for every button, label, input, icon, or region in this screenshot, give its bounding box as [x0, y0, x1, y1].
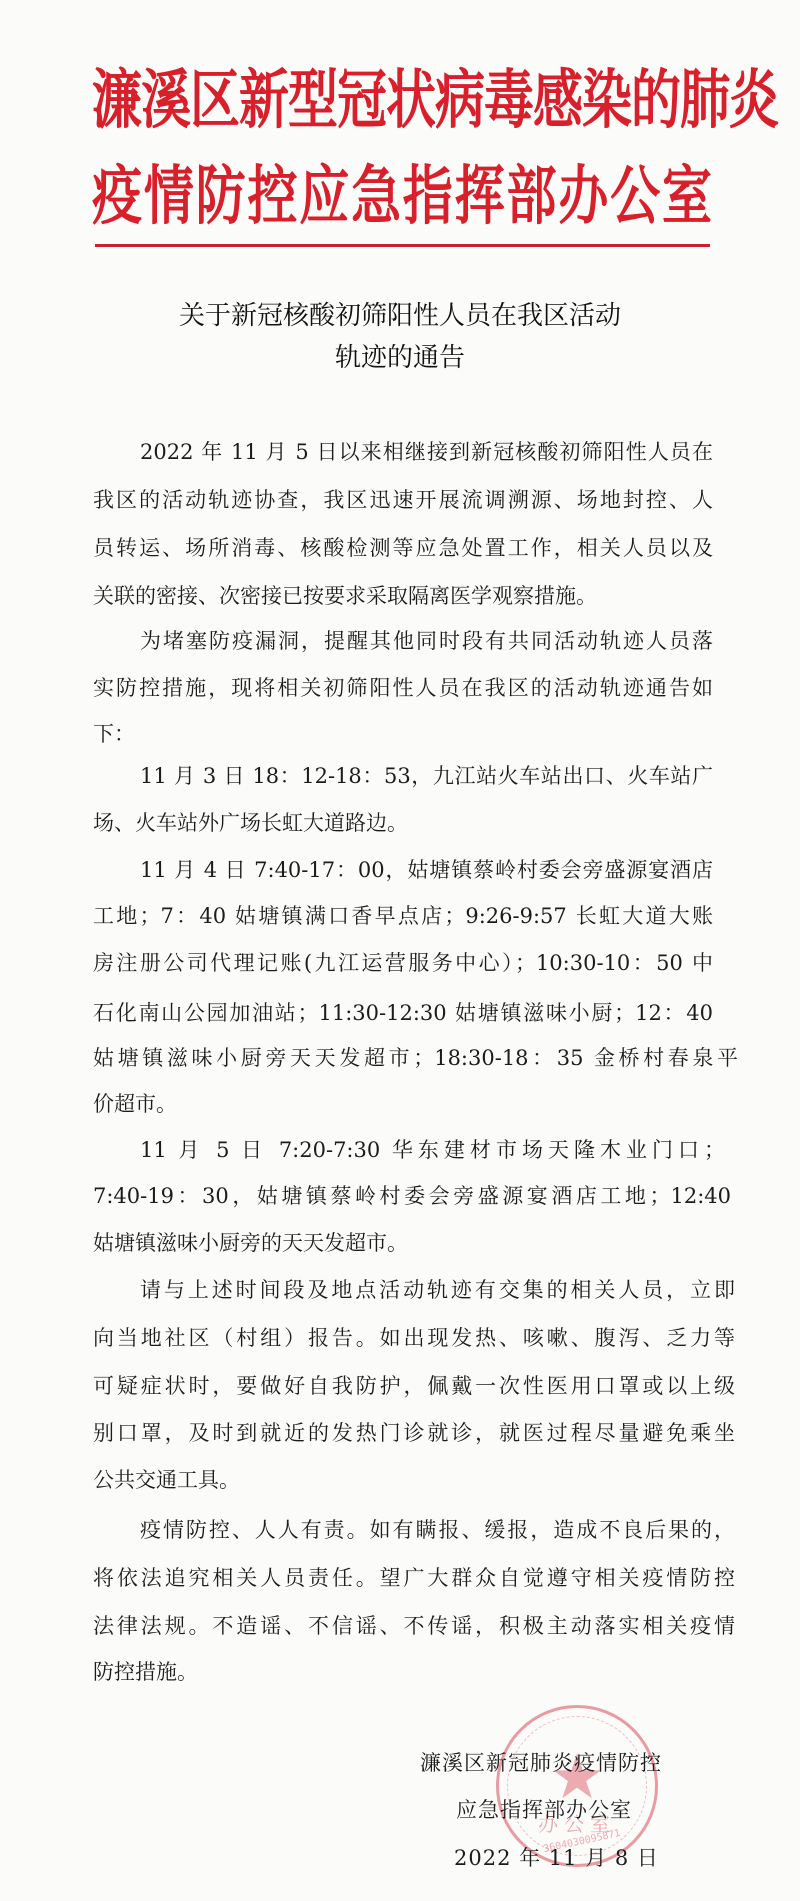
paragraph-4-line: 房注册公司代理记账(九江运营服务中心）；10:30-10：50 中 — [93, 948, 713, 978]
header-character: 型 — [288, 62, 337, 139]
paragraph-4-line: 石化南山公园加油站；11:30-12:30 姑塘镇滋味小厨；12：40 — [93, 998, 713, 1028]
signature-org-line-2: 应急指挥部办公室 — [456, 1795, 632, 1825]
header-character: 情 — [144, 158, 194, 235]
header-character: 办 — [558, 158, 608, 235]
header-character: 炎 — [729, 62, 778, 139]
paragraph-7-line: 将依法追究相关人员责任。望广大群众自觉遵守相关疫情防控 — [93, 1563, 735, 1593]
header-character: 感 — [533, 62, 582, 139]
paragraph-6-line: 可疑症状时，要做好自我防护，佩戴一次性医用口罩或以上级 — [93, 1371, 735, 1401]
header-character: 挥 — [455, 158, 505, 235]
issuer-header-line-2: 疫情防控应急指挥部办公室 — [92, 158, 712, 235]
header-character: 状 — [386, 62, 435, 139]
header-character: 肺 — [680, 62, 729, 139]
paragraph-7-line: 疫情防控、人人有责。如有瞒报、缓报，造成不良后果的， — [140, 1515, 735, 1545]
paragraph-1-line: 员转运、场所消毒、核酸检测等应急处置工作，相关人员以及 — [93, 533, 713, 563]
paragraph-7-line: 防控措施。 — [93, 1657, 713, 1687]
header-character: 的 — [631, 62, 680, 139]
paragraph-5-line: 姑塘镇滋味小厨旁的天天发超市。 — [93, 1228, 713, 1258]
signature-org-line-1: 濂溪区新冠肺炎疫情防控 — [420, 1748, 662, 1778]
paragraph-4-line: 价超市。 — [93, 1089, 713, 1119]
notice-title-line-2: 轨迹的通告 — [0, 341, 800, 375]
paragraph-4-line: 11 月 4 日 7:40-17：00，姑塘镇蔡岭村委会旁盛源宴酒店 — [140, 855, 713, 885]
header-character: 濂 — [92, 62, 141, 139]
paragraph-1-line: 我区的活动轨迹协查，我区迅速开展流调溯源、场地封控、人 — [93, 485, 713, 515]
paragraph-5-line: 7:40-19：30，姑塘镇蔡岭村委会旁盛源宴酒店工地；12:40 — [93, 1181, 731, 1211]
header-character: 控 — [247, 158, 297, 235]
paragraph-4-line: 工地；7：40 姑塘镇满口香早点店；9:26-9:57 长虹大道大账 — [93, 901, 713, 931]
paragraph-3-line: 场、火车站外广场长虹大道路边。 — [93, 808, 713, 838]
header-red-rule — [95, 244, 710, 247]
header-character: 急 — [351, 158, 401, 235]
header-character: 部 — [507, 158, 557, 235]
header-character: 冠 — [337, 62, 386, 139]
paragraph-2-line: 实防控措施，现将相关初筛阳性人员在我区的活动轨迹通告如 — [93, 673, 713, 703]
paragraph-2-line: 下： — [93, 719, 713, 749]
header-character: 病 — [435, 62, 484, 139]
signature-date: 2022 年 11 月 8 日 — [454, 1843, 659, 1873]
paragraph-6-line: 向当地社区（村组）报告。如出现发热、咳嗽、腹泻、乏力等 — [93, 1323, 735, 1353]
header-character: 防 — [196, 158, 246, 235]
issuer-header-line-1: 濂溪区新型冠状病毒感染的肺炎 — [92, 62, 712, 139]
header-character: 疫 — [92, 158, 142, 235]
header-character: 毒 — [484, 62, 533, 139]
paragraph-3-line: 11 月 3 日 18：12-18：53，九江站火车站出口、火车站广 — [140, 761, 713, 791]
paragraph-6-line: 请与上述时间段及地点活动轨迹有交集的相关人员，立即 — [140, 1275, 735, 1305]
paragraph-1-line: 2022 年 11 月 5 日以来相继接到新冠核酸初筛阳性人员在 — [140, 437, 713, 467]
notice-document: 濂溪区新型冠状病毒感染的肺炎 疫情防控应急指挥部办公室 关于新冠核酸初筛阳性人员… — [0, 0, 800, 1901]
paragraph-4-line: 姑塘镇滋味小厨旁天天发超市；18:30-18：35 金桥村春泉平 — [93, 1043, 738, 1073]
header-character: 应 — [299, 158, 349, 235]
header-character: 溪 — [141, 62, 190, 139]
header-character: 染 — [582, 62, 631, 139]
header-character: 指 — [403, 158, 453, 235]
paragraph-1-line: 关联的密接、次密接已按要求采取隔离医学观察措施。 — [93, 581, 713, 611]
notice-title-line-1: 关于新冠核酸初筛阳性人员在我区活动 — [0, 299, 800, 333]
paragraph-5-line: 11 月 5 日 7:20-7:30 华东建材市场天隆木业门口； — [140, 1135, 725, 1165]
header-character: 新 — [239, 62, 288, 139]
paragraph-7-line: 法律法规。不造谣、不信谣、不传谣，积极主动落实相关疫情 — [93, 1611, 735, 1641]
paragraph-6-line: 别口罩，及时到就近的发热门诊就诊，就医过程尽量避免乘坐 — [93, 1418, 735, 1448]
header-character: 公 — [610, 158, 660, 235]
header-character: 室 — [662, 158, 712, 235]
header-character: 区 — [190, 62, 239, 139]
paragraph-6-line: 公共交通工具。 — [93, 1465, 713, 1495]
paragraph-2-line: 为堵塞防疫漏洞，提醒其他同时段有共同活动轨迹人员落 — [140, 626, 713, 656]
